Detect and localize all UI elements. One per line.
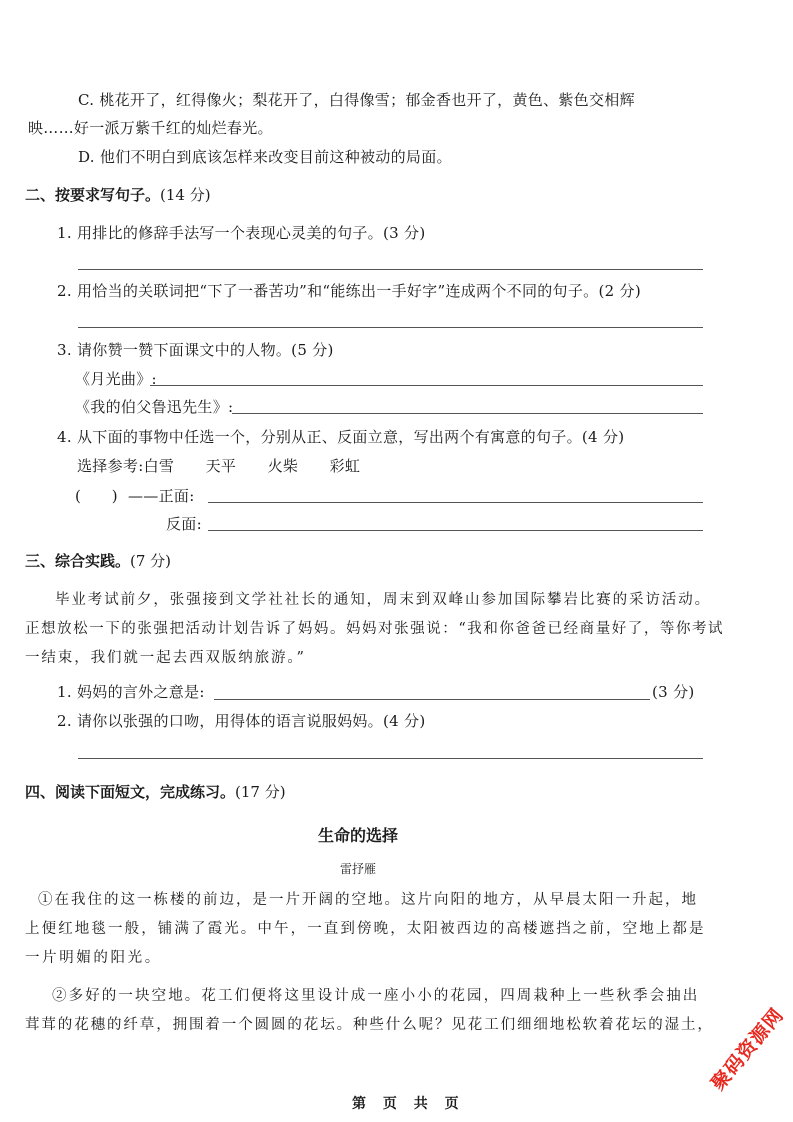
- page-footer: 第 页 共 页: [352, 1093, 465, 1113]
- q4-negative-label: 反面:: [166, 514, 202, 534]
- q4-choice-paren[interactable]: ( ): [75, 486, 118, 506]
- section4-heading: 四、阅读下面短文，完成练习。(17 分): [25, 782, 286, 802]
- option-c-line2: 映……好一派万紫千红的灿烂春光。: [28, 118, 273, 138]
- para1-line3: 一片明媚的阳光。: [25, 948, 162, 968]
- q4-option-1: 白雪: [144, 456, 184, 476]
- para2-line2: 茸茸的花穗的纤草，拥围着一个圆圆的花坛。种些什么呢？见花工们细细地松软着花坛的湿…: [25, 1015, 714, 1035]
- answer-line-uncle-luxun[interactable]: [232, 413, 703, 414]
- essay-author: 雷抒雁: [340, 860, 376, 877]
- q3-item-moonlight: 《月光曲》:: [75, 369, 157, 389]
- section2-heading-text: 二、按要求写句子。: [25, 186, 160, 204]
- section4-heading-text: 四、阅读下面短文，完成练习。: [25, 783, 235, 801]
- section3-heading-text: 三、综合实践。: [25, 552, 130, 570]
- answer-line-negative[interactable]: [208, 530, 703, 531]
- section2-heading: 二、按要求写句子。(14 分): [25, 185, 211, 205]
- q4-option-2: 天平: [206, 456, 246, 476]
- section4-points: (17 分): [235, 783, 286, 801]
- option-d: D. 他们不明白到底该怎样来改变目前这种被动的局面。: [78, 147, 452, 167]
- para1-line2: 上便红地毯一般，铺满了霞光。中午，一直到傍晚，太阳被西边的高楼遮挡之前，空地上都…: [25, 919, 706, 939]
- section3-q1-points: (3 分): [652, 682, 695, 702]
- section3-passage-line2: 正想放松一下的张强把活动计划告诉了妈妈。妈妈对张强说：“我和你爸爸已经商量好了，…: [25, 619, 724, 639]
- q4-positive-label: ——正面:: [128, 486, 195, 506]
- section3-heading: 三、综合实践。(7 分): [25, 551, 171, 571]
- section3-q2: 2. 请你以张强的口吻，用得体的语言说服妈妈。(4 分): [57, 711, 426, 731]
- section3-passage-line1: 毕业考试前夕，张强接到文学社社长的通知，周末到双峰山参加国际攀岩比赛的采访活动。: [55, 590, 711, 610]
- section2-q4: 4. 从下面的事物中任选一个，分别从正、反面立意，写出两个有寓意的句子。(4 分…: [57, 427, 624, 447]
- section3-q1: 1. 妈妈的言外之意是:: [57, 682, 205, 702]
- section2-points: (14 分): [160, 186, 211, 204]
- q4-options-row: 选择参考:白雪天平火柴彩虹: [77, 456, 370, 476]
- section3-points: (7 分): [130, 552, 171, 570]
- answer-line-q1[interactable]: [78, 269, 703, 270]
- para2-line1: ②多好的一块空地。花工们便将这里设计成一座小小的花园，四周栽种上一些秋季会抽出: [52, 986, 699, 1006]
- para1-line1: ①在我住的这一栋楼的前边，是一片开阔的空地。这片向阳的地方，从早晨太阳一升起，地: [38, 890, 698, 910]
- q4-option-3: 火柴: [268, 456, 308, 476]
- answer-line-moonlight[interactable]: [150, 385, 703, 386]
- section2-q3: 3. 请你赞一赞下面课文中的人物。(5 分): [57, 340, 334, 360]
- q3-item-uncle-luxun: 《我的伯父鲁迅先生》:: [75, 397, 233, 417]
- section3-passage-line3: 一结束，我们就一起去西双版纳旅游。”: [25, 648, 306, 668]
- answer-line-implied-meaning[interactable]: [214, 699, 650, 700]
- answer-line-q2[interactable]: [78, 327, 703, 328]
- answer-line-positive[interactable]: [208, 502, 703, 503]
- essay-title: 生命的选择: [318, 823, 398, 846]
- watermark-logo: 聚码资源网: [704, 1001, 789, 1095]
- q4-options-label: 选择参考:: [77, 457, 144, 475]
- section2-q2: 2. 用恰当的关联词把“下了一番苦功”和“能练出一手好字”连成两个不同的句子。(…: [57, 281, 641, 301]
- q4-option-4: 彩虹: [330, 456, 370, 476]
- answer-line-persuade[interactable]: [78, 758, 703, 759]
- section2-q1: 1. 用排比的修辞手法写一个表现心灵美的句子。(3 分): [57, 223, 426, 243]
- option-c-line1: C. 桃花开了，红得像火；梨花开了，白得像雪；郁金香也开了，黄色、紫色交相辉: [78, 90, 635, 110]
